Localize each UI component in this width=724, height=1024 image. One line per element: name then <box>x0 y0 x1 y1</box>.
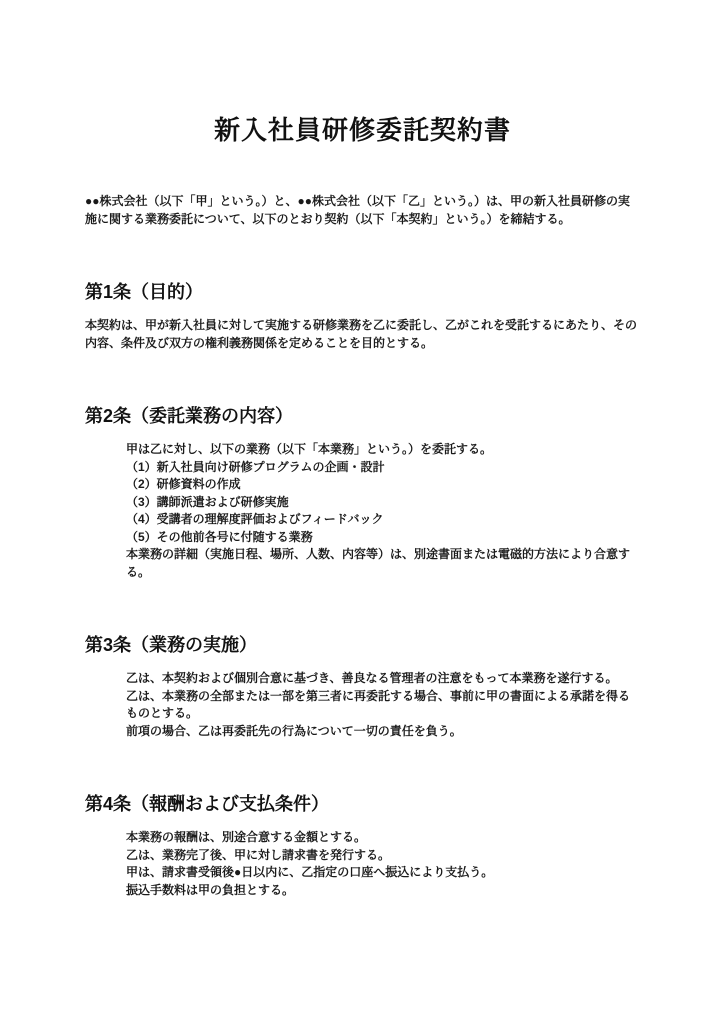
article-list-item: （4）受講者の理解度評価およびフィードバック <box>126 511 640 529</box>
article-list-item: （2）研修資料の作成 <box>126 476 640 494</box>
document-title: 新入社員研修委託契約書 <box>85 0 640 146</box>
article-paragraph: 甲は乙に対し、以下の業務（以下「本業務」という。）を委託する。 <box>126 441 640 459</box>
article-4: 第4条（報酬および支払条件） 本業務の報酬は、別途合意する金額とする。 乙は、業… <box>85 793 640 899</box>
article-4-body: 本業務の報酬は、別途合意する金額とする。 乙は、業務完了後、甲に対し請求書を発行… <box>85 829 640 899</box>
article-list-item: （5）その他前各号に付随する業務 <box>126 529 640 547</box>
article-2-body: 甲は乙に対し、以下の業務（以下「本業務」という。）を委託する。 （1）新入社員向… <box>85 441 640 581</box>
article-paragraph: 乙は、本業務の全部または一部を第三者に再委託する場合、事前に甲の書面による承諾を… <box>126 688 640 723</box>
article-paragraph: 乙は、業務完了後、甲に対し請求書を発行する。 <box>126 847 640 865</box>
article-paragraph: 甲は、請求書受領後●日以内に、乙指定の口座へ振込により支払う。 <box>126 864 640 882</box>
article-1-body: 本契約は、甲が新入社員に対して実施する研修業務を乙に委託し、乙がこれを受託するに… <box>85 317 640 352</box>
article-2: 第2条（委託業務の内容） 甲は乙に対し、以下の業務（以下「本業務」という。）を委… <box>85 405 640 581</box>
article-list-item: （3）講師派遣および研修実施 <box>126 494 640 512</box>
article-3-body: 乙は、本契約および個別合意に基づき、善良なる管理者の注意をもって本業務を遂行する… <box>85 670 640 740</box>
preamble-paragraph: ●●株式会社（以下「甲」という。）と、●●株式会社（以下「乙」という。）は、甲の… <box>85 192 640 228</box>
article-1-heading: 第1条（目的） <box>85 281 640 303</box>
article-4-heading: 第4条（報酬および支払条件） <box>85 793 640 815</box>
article-list-item: （1）新入社員向け研修プログラムの企画・設計 <box>126 459 640 477</box>
article-3-heading: 第3条（業務の実施） <box>85 634 640 656</box>
article-paragraph: 本契約は、甲が新入社員に対して実施する研修業務を乙に委託し、乙がこれを受託するに… <box>85 317 640 352</box>
article-paragraph: 振込手数料は甲の負担とする。 <box>126 882 640 900</box>
article-paragraph: 前項の場合、乙は再委託先の行為について一切の責任を負う。 <box>126 723 640 741</box>
article-paragraph: 本業務の報酬は、別途合意する金額とする。 <box>126 829 640 847</box>
article-1: 第1条（目的） 本契約は、甲が新入社員に対して実施する研修業務を乙に委託し、乙が… <box>85 281 640 352</box>
document-content: 新入社員研修委託契約書 ●●株式会社（以下「甲」という。）と、●●株式会社（以下… <box>0 0 724 899</box>
contract-document-page: 新入社員研修委託契約書 ●●株式会社（以下「甲」という。）と、●●株式会社（以下… <box>0 0 724 1024</box>
article-paragraph: 本業務の詳細（実施日程、場所、人数、内容等）は、別途書面または電磁的方法により合… <box>126 546 640 581</box>
article-2-heading: 第2条（委託業務の内容） <box>85 405 640 427</box>
article-paragraph: 乙は、本契約および個別合意に基づき、善良なる管理者の注意をもって本業務を遂行する… <box>126 670 640 688</box>
article-3: 第3条（業務の実施） 乙は、本契約および個別合意に基づき、善良なる管理者の注意を… <box>85 634 640 740</box>
